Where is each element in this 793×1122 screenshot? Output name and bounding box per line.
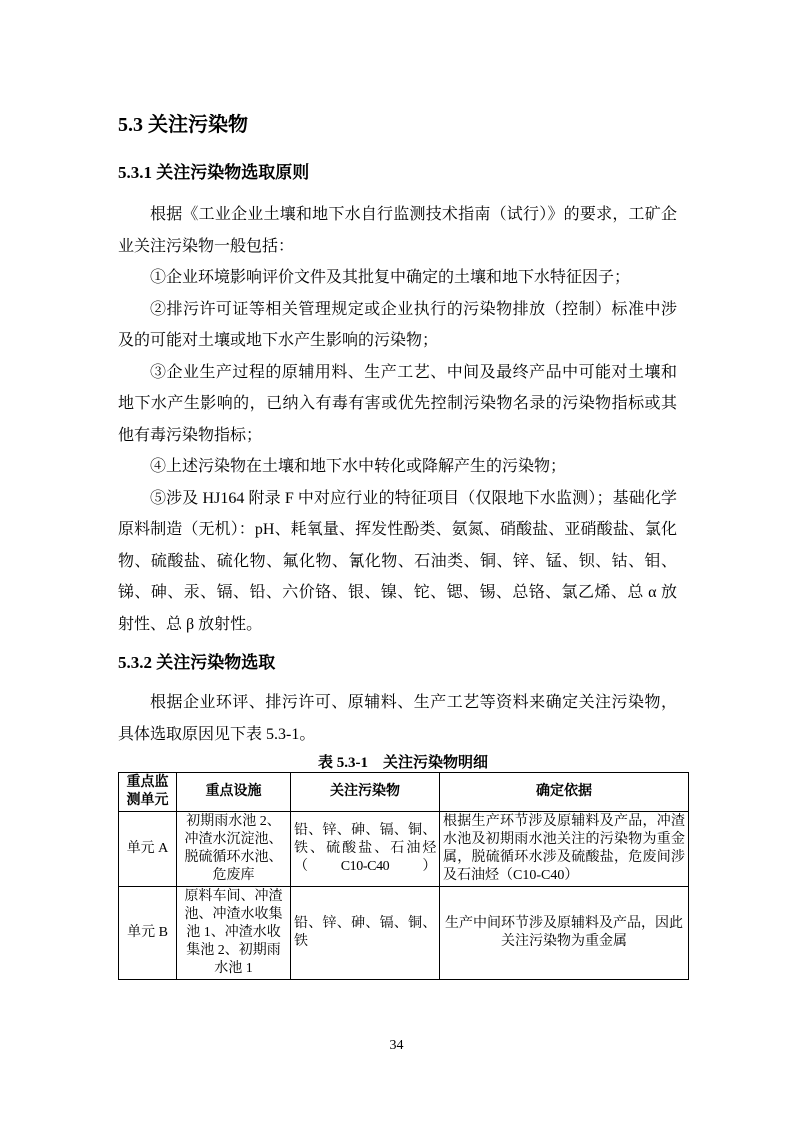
cell-unit-b: 单元 B: [119, 887, 177, 980]
col-header-key-facilities: 重点设施: [177, 773, 291, 812]
table-caption: 表 5.3-1 关注污染物明细: [118, 754, 688, 772]
section-5-3-1-body: 根据《工业企业土壤和地下水自行监测技术指南（试行）》的要求，工矿企业关注污染物一…: [118, 199, 677, 640]
cell-pollutants-b: 铅、锌、砷、镉、铜、铁: [291, 887, 440, 980]
paragraph-5-3-2: 根据企业环评、排污许可、原辅料、生产工艺等资料来确定关注污染物，具体选取原因见下…: [118, 687, 677, 750]
cell-pollutants-a: 铅、锌、砷、镉、铜、铁、硫酸盐、石油烃（C10-C40）: [291, 812, 440, 887]
cell-basis-b: 生产中间环节涉及原辅料及产品，因此关注污染物为重金属: [440, 887, 689, 980]
list-item-5: ⑤涉及 HJ164 附录 F 中对应行业的特征项目（仅限地下水监测）；基础化学原…: [118, 483, 677, 641]
cell-unit-a: 单元 A: [119, 812, 177, 887]
section-heading-5-3-2: 5.3.2 关注污染物选取: [118, 652, 677, 674]
col-header-basis: 确定依据: [440, 773, 689, 812]
list-item-3: ③企业生产过程的原辅用料、生产工艺、中间及最终产品中可能对土壤和地下水产生影响的…: [118, 357, 677, 452]
section-title-5-3: 5.3 关注污染物: [118, 112, 677, 138]
cell-facilities-b: 原料车间、冲渣池、冲渣水收集池 1、冲渣水收集池 2、初期雨水池 1: [177, 887, 291, 980]
table-row-unit-b: 单元 B 原料车间、冲渣池、冲渣水收集池 1、冲渣水收集池 2、初期雨水池 1 …: [119, 887, 689, 980]
table-row-unit-a: 单元 A 初期雨水池 2、冲渣水沉淀池、脱硫循环水池、危废库 铅、锌、砷、镉、铜…: [119, 812, 689, 887]
document-page: 5.3 关注污染物 5.3.1 关注污染物选取原则 根据《工业企业土壤和地下水自…: [0, 0, 793, 1122]
cell-facilities-a: 初期雨水池 2、冲渣水沉淀池、脱硫循环水池、危废库: [177, 812, 291, 887]
page-content: 5.3 关注污染物 5.3.1 关注污染物选取原则 根据《工业企业土壤和地下水自…: [118, 0, 677, 980]
page-number: 34: [0, 1036, 793, 1056]
col-header-pollutants: 关注污染物: [291, 773, 440, 812]
list-item-2: ②排污许可证等相关管理规定或企业执行的污染物排放（控制）标准中涉及的可能对土壤或…: [118, 294, 677, 357]
list-item-4: ④上述污染物在土壤和地下水中转化或降解产生的污染物；: [118, 451, 677, 483]
cell-basis-a: 根据生产环节涉及原辅料及产品，冲渣水池及初期雨水池关注的污染物为重金属，脱硫循环…: [440, 812, 689, 887]
col-header-monitoring-unit: 重点监测单元: [119, 773, 177, 812]
list-item-1: ①企业环境影响评价文件及其批复中确定的土壤和地下水特征因子；: [118, 262, 677, 294]
section-heading-5-3-1: 5.3.1 关注污染物选取原则: [118, 162, 677, 184]
table-header-row: 重点监测单元 重点设施 关注污染物 确定依据: [119, 773, 689, 812]
pollutants-table: 重点监测单元 重点设施 关注污染物 确定依据 单元 A 初期雨水池 2、冲渣水沉…: [118, 772, 689, 980]
paragraph-intro: 根据《工业企业土壤和地下水自行监测技术指南（试行）》的要求，工矿企业关注污染物一…: [118, 199, 677, 262]
